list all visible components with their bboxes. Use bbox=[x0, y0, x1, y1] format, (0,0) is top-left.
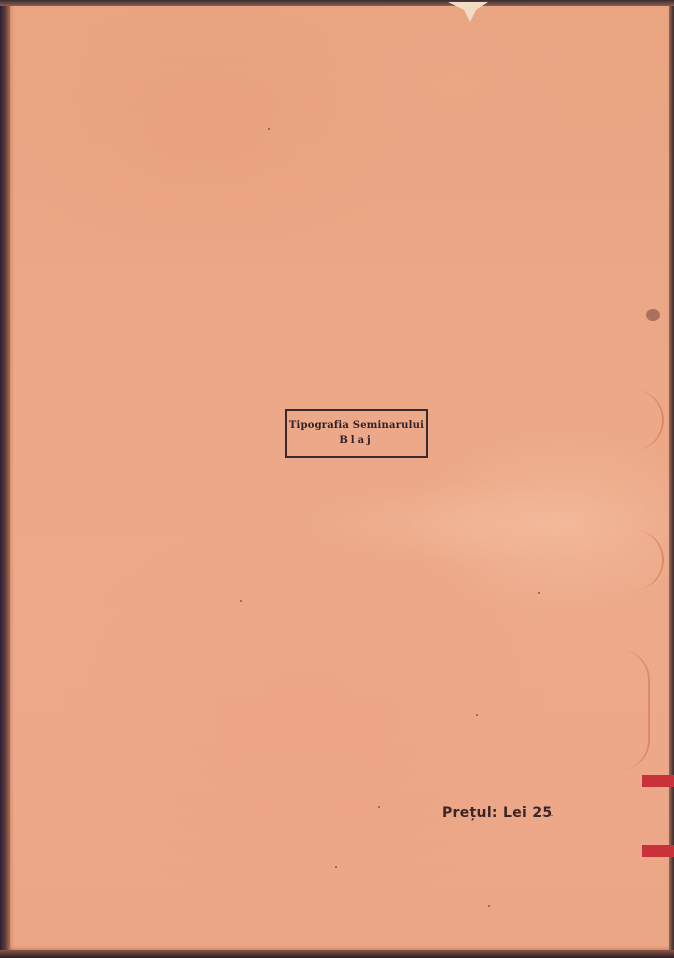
price-currency: Lei bbox=[503, 805, 527, 821]
paper-fleck bbox=[488, 905, 490, 907]
price-amount: 25 bbox=[532, 805, 552, 821]
stain-spot bbox=[646, 309, 660, 321]
bottom-edge bbox=[0, 950, 674, 958]
printer-city: Blaj bbox=[287, 435, 426, 446]
water-stain bbox=[618, 650, 650, 770]
red-binding-tab bbox=[642, 775, 674, 787]
paper-fleck bbox=[538, 592, 540, 594]
printer-imprint-box: Tipografia Seminarului Blaj bbox=[285, 409, 428, 458]
paper-fleck bbox=[476, 714, 478, 716]
price-prefix: Prețul: bbox=[442, 805, 498, 821]
paper-fleck bbox=[268, 128, 270, 130]
top-edge bbox=[0, 0, 674, 6]
back-cover bbox=[6, 4, 670, 952]
paper-fleck bbox=[240, 600, 242, 602]
red-binding-tab bbox=[642, 845, 674, 857]
printer-name: Tipografia Seminarului bbox=[287, 420, 426, 431]
paper-fleck bbox=[378, 806, 380, 808]
spine-edge bbox=[0, 0, 10, 958]
price-label: Prețul: Lei 25 bbox=[442, 805, 552, 821]
right-edge bbox=[669, 0, 674, 958]
paper-fleck bbox=[335, 866, 337, 868]
